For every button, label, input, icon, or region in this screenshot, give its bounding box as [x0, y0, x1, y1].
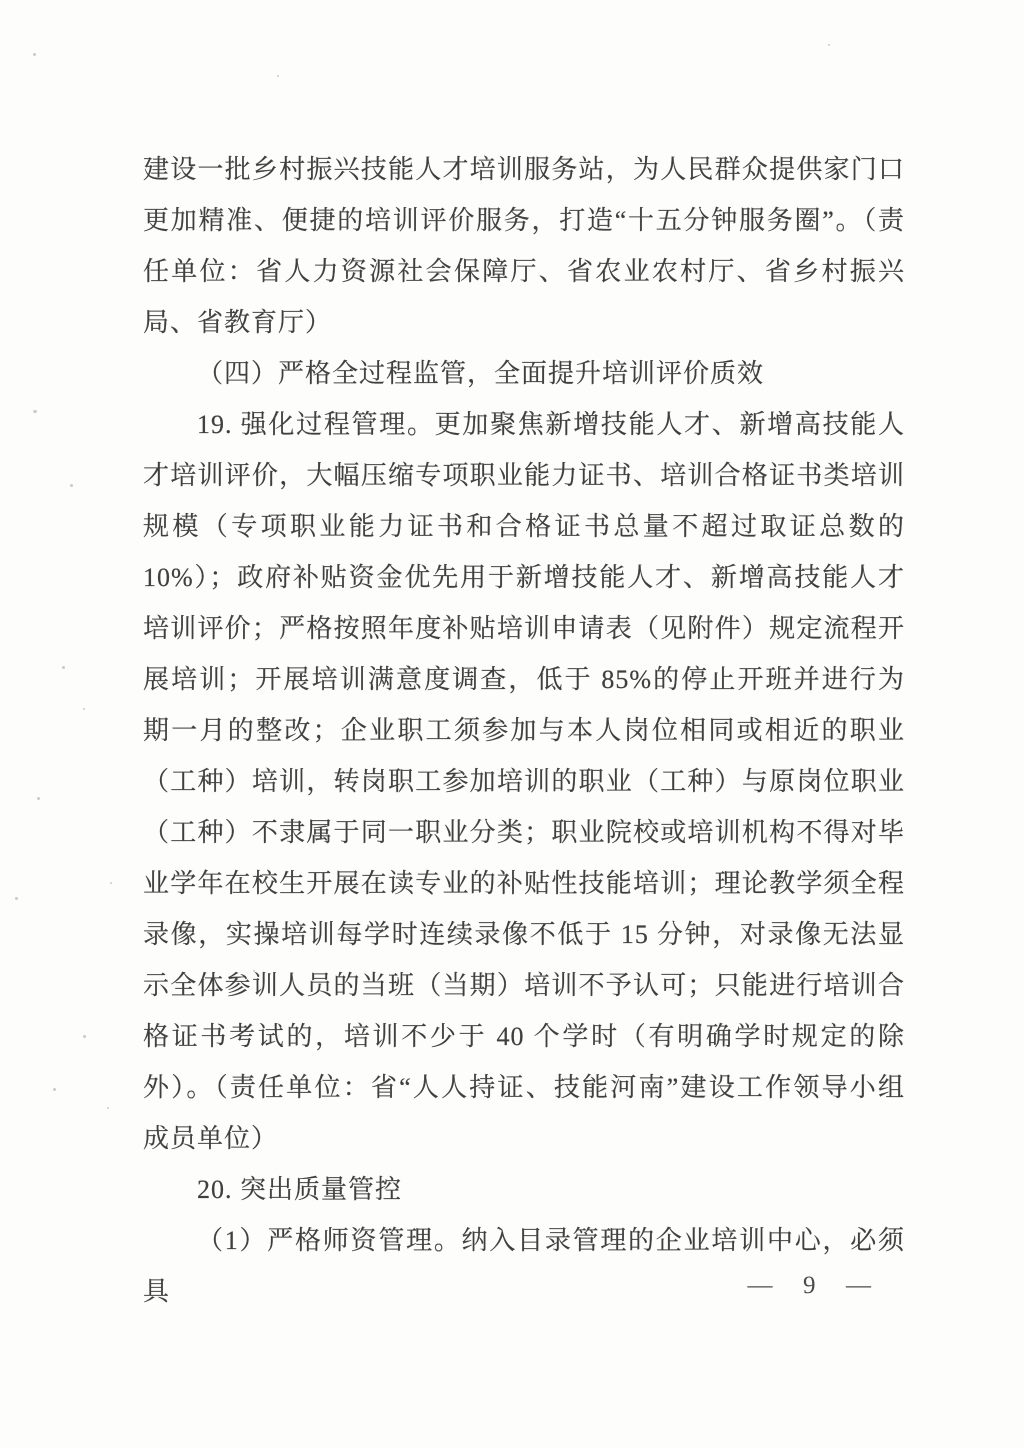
page-number: — 9 — [748, 1270, 878, 1302]
document-page: 建设一批乡村振兴技能人才培训服务站，为人民群众提供家门口 更加精准、便捷的培训评… [0, 0, 1024, 1448]
text-line: （工种）不隶属于同一职业分类；职业院校或培训机构不得对毕 [143, 807, 905, 858]
text-line: 任单位：省人力资源社会保障厅、省农业农村厅、省乡村振兴 [143, 246, 905, 297]
text-line: 格证书考试的，培训不少于 40 个学时（有明确学时规定的除 [143, 1011, 905, 1062]
text-block: 建设一批乡村振兴技能人才培训服务站，为人民群众提供家门口 更加精准、便捷的培训评… [143, 144, 905, 1266]
text-line: 录像，实操培训每学时连续录像不低于 15 分钟，对录像无法显 [143, 909, 905, 960]
scan-speck [70, 484, 73, 487]
scan-speck [253, 970, 255, 972]
scan-speck [107, 1107, 109, 1109]
text-line: 20. 突出质量管控 [143, 1164, 905, 1215]
scan-speck [15, 897, 18, 900]
scan-speck [83, 708, 85, 710]
text-line: 才培训评价，大幅压缩专项职业能力证书、培训合格证书类培训 [143, 450, 905, 501]
text-line: 培训评价；严格按照年度补贴培训申请表（见附件）规定流程开 [143, 603, 905, 654]
text-line: （工种）培训，转岗职工参加培训的职业（工种）与原岗位职业 [143, 756, 905, 807]
text-line: （1）严格师资管理。纳入目录管理的企业培训中心，必须具 [143, 1215, 905, 1266]
scan-speck [277, 75, 279, 77]
scan-speck [62, 666, 65, 669]
scan-speck [33, 410, 37, 413]
text-line: 建设一批乡村振兴技能人才培训服务站，为人民群众提供家门口 [143, 144, 905, 195]
text-line: 19. 强化过程管理。更加聚焦新增技能人才、新增高技能人 [143, 399, 905, 450]
scan-speck [53, 1088, 56, 1091]
text-line: 外）。（责任单位：省“人人持证、技能河南”建设工作领导小组 [143, 1062, 905, 1113]
scan-speck [110, 882, 112, 884]
scan-speck [828, 44, 830, 46]
text-line: 10%）；政府补贴资金优先用于新增技能人才、新增高技能人才 [143, 552, 905, 603]
text-line: 展培训；开展培训满意度调查，低于 85%的停止开班并进行为 [143, 654, 905, 705]
text-line: 规模（专项职业能力证书和合格证书总量不超过取证总数的 [143, 501, 905, 552]
scan-speck [37, 797, 40, 800]
section-heading: （四）严格全过程监管，全面提升培训评价质效 [143, 348, 905, 399]
scan-speck [33, 53, 36, 56]
text-line: 示全体参训人员的当班（当期）培训不予认可；只能进行培训合 [143, 960, 905, 1011]
text-line: 更加精准、便捷的培训评价服务，打造“十五分钟服务圈”。（责 [143, 195, 905, 246]
text-line: 期一月的整改；企业职工须参加与本人岗位相同或相近的职业 [143, 705, 905, 756]
text-line: 成员单位） [143, 1113, 905, 1164]
text-line: 业学年在校生开展在读专业的补贴性技能培训；理论教学须全程 [143, 858, 905, 909]
scan-speck [83, 1035, 86, 1038]
text-line: 局、省教育厅） [143, 297, 905, 348]
